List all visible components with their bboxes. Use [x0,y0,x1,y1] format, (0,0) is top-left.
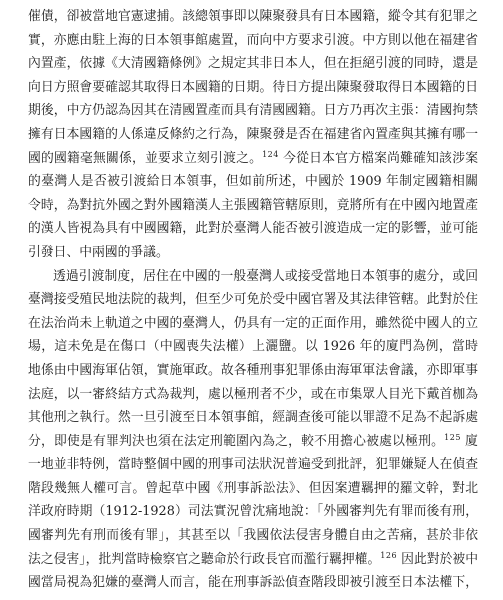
document-page: 催債，卻被當地官憲逮捕。該總領事即以陳聚發具有日本國籍，縱令其有犯罪之實，亦應由… [0,0,503,600]
text-line: 法之侵害」，批判當時檢察官之聽命於行政長官而濫行羈押權。126 因此對於被中 [28,548,478,572]
text-run: 令時，為對抗外國之對外國籍漢人主張國籍管轄原則，竟將所有在中國內地置產 [28,198,478,213]
text-line: 期後，中方仍認為因其在清國置產而具有清國國籍。日方乃再次主張：清國拘禁 [28,99,478,123]
text-line: 國當局視為犯嫌的臺灣人而言，能在刑事訴訟偵查階段即被引渡至日本法權下， [28,571,478,595]
text-line: 場，這未免是在傷口（中國喪失法權）上灑鹽。以 1926 年的廈門為例，當時該 [28,335,478,359]
text-line: 國的國籍毫無關係，並要求立刻引渡之。124 今從日本官方檔案尚難確知該涉案 [28,147,478,171]
text-run: 在法治尚未上軌道之中國的臺灣人，仍具有一定的正面作用，雖然從中國人的立 [28,316,478,331]
text-run: 今從日本官方檔案尚難確知該涉案 [279,151,478,166]
text-line: 催債，卻被當地官憲逮捕。該總領事即以陳聚發具有日本國籍，縱令其有犯罪之 [28,5,478,29]
text-run: 實，亦應由駐上海的日本領事館處置，而向中方要求引渡。中方則以他在福建省 [28,33,478,48]
footnote-ref: 126 [380,551,397,560]
text-run: 向日方照會要確認其取得日本國籍的日期。待日方提出陳聚發取得日本國籍的日 [28,80,478,95]
text-line: 地係由中國海軍佔領，實施軍政。故各種刑事犯罪係由海軍軍法會議，亦即軍事 [28,359,478,383]
text-run: 的臺灣人是否被引渡給日本領事，但如前所述，中國於 1909 年制定國籍相關法 [28,174,478,194]
text-line: 令時，為對抗外國之對外國籍漢人主張國籍管轄原則，竟將所有在中國內地置產 [28,194,478,218]
text-run: 其他刑之執行。然一旦引渡至日本領事館，經調查後可能以罪證不足為不起訴處 [28,410,478,425]
text-run: 法庭，以一審終結方式為裁判，處以極刑者不少，或在市集眾人目光下戴首枷為 [28,387,478,402]
text-line: 法庭，以一審終結方式為裁判，處以極刑者不少，或在市集眾人目光下戴首枷為 [28,383,478,407]
text-line: 階段幾無人權可言。曾起草中國《刑事訴訟法》、但因案遭羈押的羅文幹，對北 [28,477,478,501]
text-run: 擁有日本國籍的人係違反條約之行為，陳聚發是否在福建省內置產與其擁有哪一 [28,127,478,142]
text-line: 一地並非特例，當時整個中國的刑事司法狀況普遍受到批評，犯罪嫌疑人在偵查 [28,453,478,477]
text-run: 地係由中國海軍佔領，實施軍政。故各種刑事犯罪係由海軍軍法會議，亦即軍事 [28,363,478,378]
text-line: 在法治尚未上軌道之中國的臺灣人，仍具有一定的正面作用，雖然從中國人的立 [28,312,478,336]
text-run: 法之侵害」，批判當時檢察官之聽命於行政長官而濫行羈押權。 [28,552,380,567]
text-run: 國審判先有刑而後有罪」，其甚至以「我國依法侵害身體自由之苦痛，甚於非依 [28,528,478,543]
text-line: 引發日、中兩國的爭議。 [28,241,478,265]
document-body: 催債，卻被當地官憲逮捕。該總領事即以陳聚發具有日本國籍，縱令其有犯罪之實，亦應由… [28,5,478,595]
text-line: 內置產，依據《大清國籍條例》之規定其非日本人，但在拒絕引渡的同時，還是 [28,52,478,76]
text-run: 透過引渡制度，居住在中國的一般臺灣人或接受當地日本領事的處分，或回 [53,269,478,284]
text-run: 因此對於被中 [397,552,478,567]
text-line: 的漢人皆視為具有中國國籍，此對於臺灣人能否被引渡造成一定的影響，並可能 [28,217,478,241]
text-line: 實，亦應由駐上海的日本領事館處置，而向中方要求引渡。中方則以他在福建省 [28,29,478,53]
text-run: 一地並非特例，當時整個中國的刑事司法狀況普遍受到批評，犯罪嫌疑人在偵查 [28,457,478,472]
text-run: 的漢人皆視為具有中國國籍，此對於臺灣人能否被引渡造成一定的影響，並可能 [28,221,478,236]
text-run: 內置產，依據《大清國籍條例》之規定其非日本人，但在拒絕引渡的同時，還是 [28,56,478,71]
text-line: 擁有日本國籍的人係違反條約之行為，陳聚發是否在福建省內置產與其擁有哪一 [28,123,478,147]
footnote-ref: 124 [262,150,279,159]
text-line: 臺灣接受殖民地法院的裁判，但至少可免於受中國官署及其法律管轄。此對於住 [28,288,478,312]
text-line: 向日方照會要確認其取得日本國籍的日期。待日方提出陳聚發取得日本國籍的日 [28,76,478,100]
text-run: 洋政府時期（1912-1928）司法實況曾沈痛地說：「外國審判先有罪而後有刑，中 [28,504,478,524]
text-line: 洋政府時期（1912-1928）司法實況曾沈痛地說：「外國審判先有罪而後有刑，中 [28,500,478,524]
text-run: 國當局視為犯嫌的臺灣人而言，能在刑事訴訟偵查階段即被引渡至日本法權下， [28,575,478,590]
text-line: 的臺灣人是否被引渡給日本領事，但如前所述，中國於 1909 年制定國籍相關法 [28,170,478,194]
text-line: 其他刑之執行。然一旦引渡至日本領事館，經調查後可能以罪證不足為不起訴處 [28,406,478,430]
text-run: 階段幾無人權可言。曾起草中國《刑事訴訟法》、但因案遭羈押的羅文幹，對北 [28,481,478,496]
text-run: 場，這未免是在傷口（中國喪失法權）上灑鹽。以 1926 年的廈門為例，當時該 [28,339,478,359]
text-run: 期後，中方仍認為因其在清國置產而具有清國國籍。日方乃再次主張：清國拘禁 [28,103,478,118]
text-line: 分，即使是有罪判決也須在法定刑範圍內為之，較不用擔心被處以極刑。125 廈門 [28,430,478,454]
text-run: 國的國籍毫無關係，並要求立刻引渡之。 [28,151,262,166]
footnote-ref: 125 [444,433,461,442]
text-run: 分，即使是有罪判決也須在法定刑範圍內為之，較不用擔心被處以極刑。 [28,434,444,449]
text-line: 國審判先有刑而後有罪」，其甚至以「我國依法侵害身體自由之苦痛，甚於非依 [28,524,478,548]
text-run: 臺灣接受殖民地法院的裁判，但至少可免於受中國官署及其法律管轄。此對於住 [28,292,478,307]
text-line: 透過引渡制度，居住在中國的一般臺灣人或接受當地日本領事的處分，或回 [28,265,478,289]
text-run: 引發日、中兩國的爭議。 [28,245,169,260]
text-run: 催債，卻被當地官憲逮捕。該總領事即以陳聚發具有日本國籍，縱令其有犯罪之 [28,9,478,24]
